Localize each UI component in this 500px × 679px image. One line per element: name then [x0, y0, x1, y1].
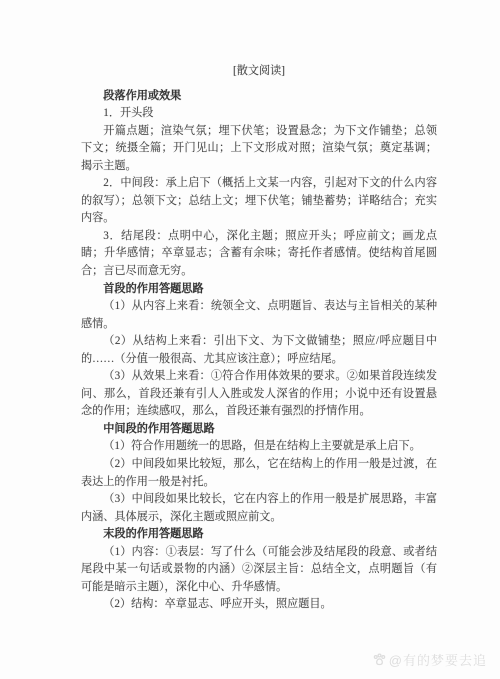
paw-icon	[372, 652, 387, 667]
paragraph: （2）结构：卒章显志、呼应开头，照应题目。	[81, 596, 437, 614]
section-heading: 段落作用或效果	[81, 88, 437, 106]
watermark-text: @有的梦要去追	[389, 650, 487, 669]
paragraph: （3）中间段如果比较长，它在内容上的作用一般是扩展思路，丰富内涵、具体展示，深化…	[81, 491, 437, 526]
paragraph: 2．中间段：承上启下（概括上文某一内容，引起对下文的什么内容的叙写）；总领下文；…	[81, 175, 437, 228]
paragraph: 3．结尾段：点明中心，深化主题；照应开头；呼应前文；画龙点睛；升华感情；卒章显志…	[81, 228, 437, 281]
paragraph: （1）从内容上来看：统领全文、点明题旨、表达与主旨相关的某种感情。	[81, 298, 437, 333]
paragraph: （2）中间段如果比较短，那么，它在结构上的作用一般是过渡，在表达上的作用一般是衬…	[81, 456, 437, 491]
section-heading: 首段的作用答题思路	[81, 281, 437, 299]
document-body: 段落作用或效果1．开头段开篇点题；渲染气氛；埋下伏笔；设置悬念；为下文作铺垫；总…	[81, 88, 437, 614]
section-heading: 末段的作用答题思路	[81, 526, 437, 544]
paragraph: 1．开头段	[81, 105, 437, 123]
section-heading: 中间段的作用答题思路	[81, 421, 437, 439]
document-title: [散文阅读]	[81, 63, 437, 81]
paragraph: （1）内容：①表层：写了什么（可能会涉及结尾段的段意、或者结尾段中某一句话或景物…	[81, 544, 437, 597]
paragraph: （1）符合作用题统一的思路，但是在结构上主要就是承上启下。	[81, 438, 437, 456]
scanned-document-page: [散文阅读] 段落作用或效果1．开头段开篇点题；渲染气氛；埋下伏笔；设置悬念；为…	[0, 0, 500, 679]
paragraph: （2）从结构上来看：引出下文、为下文做铺垫；照应/呼应题目中的……（分值一般很高…	[81, 333, 437, 368]
paragraph: 开篇点题；渲染气氛；埋下伏笔；设置悬念；为下文作铺垫；总领下文；统摄全篇；开门见…	[81, 123, 437, 176]
paragraph: （3）从效果上来看：①符合作用体效果的要求。②如果首段连续发问、那么，首段还兼有…	[81, 368, 437, 421]
document-content: [散文阅读] 段落作用或效果1．开头段开篇点题；渲染气氛；埋下伏笔；设置悬念；为…	[81, 63, 437, 614]
watermark: @有的梦要去追	[372, 650, 487, 669]
